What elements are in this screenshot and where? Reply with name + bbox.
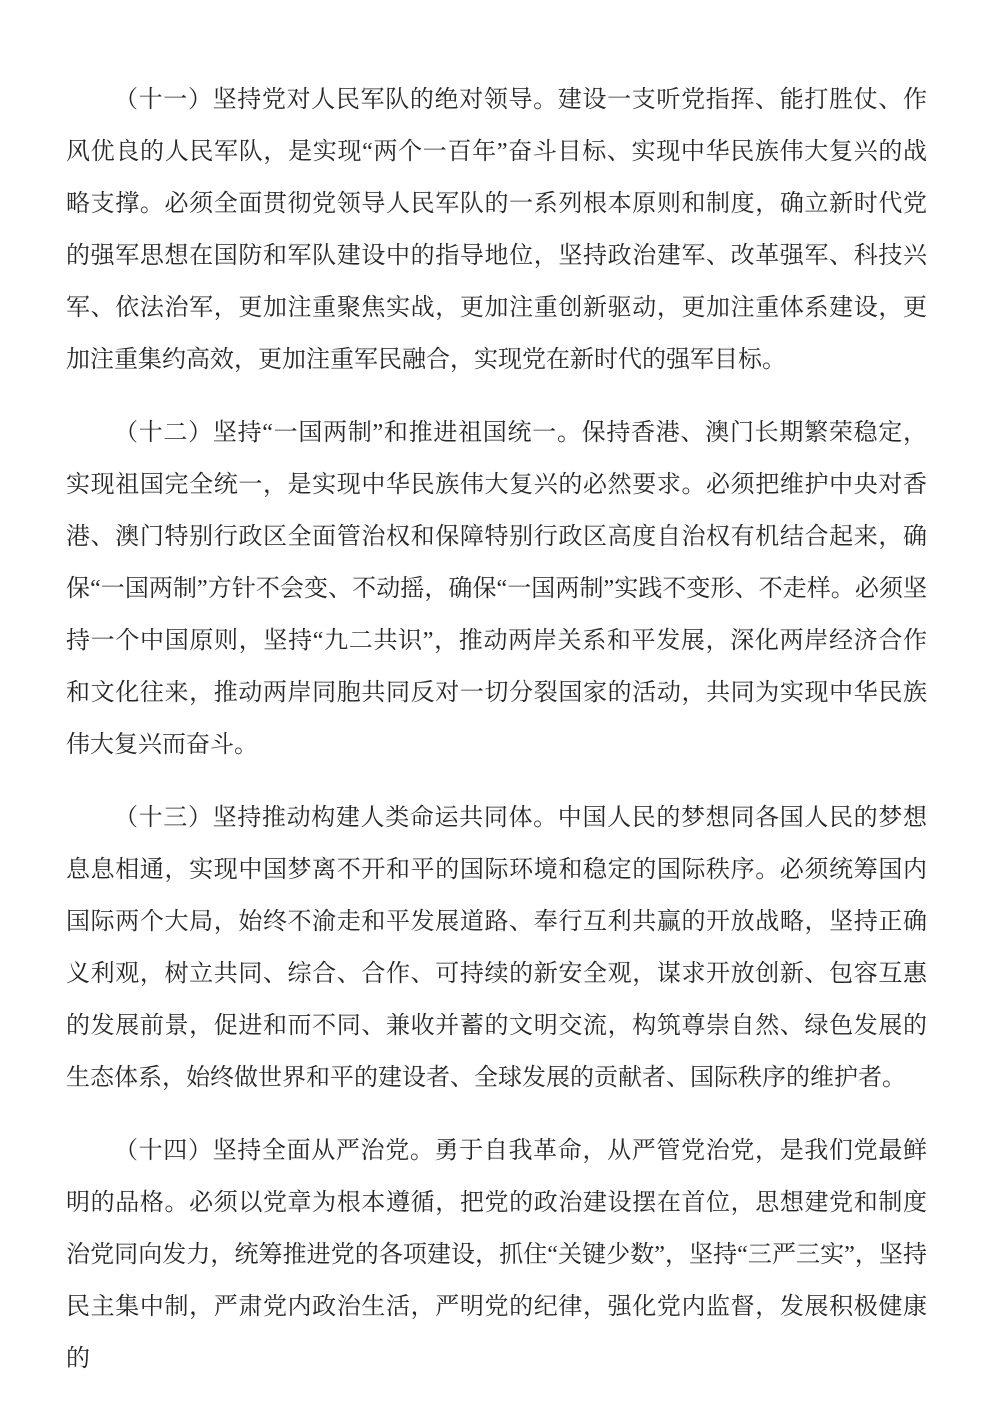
document-page: （十一）坚持党对人民军队的绝对领导。建设一支听党指挥、能打胜仗、作风优良的人民军… (0, 0, 992, 1403)
paragraph-item-12: （十二）坚持“一国两制”和推进祖国统一。保持香港、澳门长期繁荣稳定，实现祖国完全… (66, 407, 927, 771)
paragraph-item-13: （十三）坚持推动构建人类命运共同体。中国人民的梦想同各国人民的梦想息息相通，实现… (66, 792, 927, 1104)
document-body: （十一）坚持党对人民军队的绝对领导。建设一支听党指挥、能打胜仗、作风优良的人民军… (66, 74, 927, 1385)
paragraph-item-11: （十一）坚持党对人民军队的绝对领导。建设一支听党指挥、能打胜仗、作风优良的人民军… (66, 74, 927, 386)
paragraph-item-14: （十四）坚持全面从严治党。勇于自我革命，从严管党治党，是我们党最鲜明的品格。必须… (66, 1125, 927, 1385)
